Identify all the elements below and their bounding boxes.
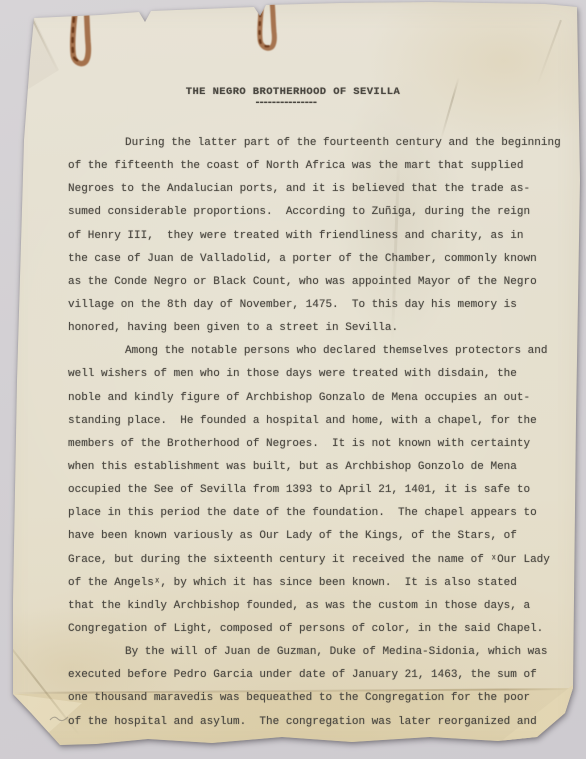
text-line: village on the 8th day of November, 1475… xyxy=(68,294,558,317)
text-line: as the Conde Negro or Black Count, who w… xyxy=(68,271,558,294)
title-underline: --------------- xyxy=(0,97,578,109)
text-line: place in this period the date of the fou… xyxy=(68,502,558,525)
text-line: when this establishment was built, but a… xyxy=(68,456,558,479)
text-line: Among the notable persons who declared t… xyxy=(68,340,558,363)
typewritten-page: THE NEGRO BROTHERHOOD OF SEVILLA -------… xyxy=(0,0,586,759)
text-line: of Henry III, they were treated with fri… xyxy=(68,225,558,248)
text-line: standing place. He founded a hospital an… xyxy=(68,410,558,433)
text-line: that the kindly Archbishop founded, as w… xyxy=(68,595,558,618)
text-line: sumed considerable proportions. Accordin… xyxy=(68,201,558,224)
text-line: of the hospital and asylum. The congrega… xyxy=(68,711,558,734)
text-line: Congregation of Light, composed of perso… xyxy=(68,618,558,641)
paperclip-rust-stain xyxy=(248,0,288,58)
document-body: During the latter part of the fourteenth… xyxy=(68,132,558,734)
paper-sheet: THE NEGRO BROTHERHOOD OF SEVILLA -------… xyxy=(0,0,586,759)
photo-background: THE NEGRO BROTHERHOOD OF SEVILLA -------… xyxy=(0,0,586,759)
text-line: Negroes to the Andalucian ports, and it … xyxy=(68,178,558,201)
text-line: of the Angelsˣ, by which it has since be… xyxy=(68,572,558,595)
text-line: members of the Brotherhood of Negroes. I… xyxy=(68,433,558,456)
text-line: noble and kindly figure of Archbishop Go… xyxy=(68,387,558,410)
text-line: During the latter part of the fourteenth… xyxy=(68,132,558,155)
crease-line xyxy=(536,20,562,86)
text-line: of the fifteenth the coast of North Afri… xyxy=(68,155,558,178)
text-line: the case of Juan de Valladolid, a porter… xyxy=(68,248,558,271)
text-line: well wishers of men who in those days we… xyxy=(68,363,558,386)
text-line: one thousand maravedis was bequeathed to… xyxy=(68,687,558,710)
text-line: have been known variously as Our Lady of… xyxy=(68,525,558,548)
text-line: occupied the See of Sevilla from 1393 to… xyxy=(68,479,558,502)
paperclip-rust-stain xyxy=(60,0,104,74)
text-line: executed before Pedro Garcia under date … xyxy=(68,664,558,687)
text-line: honored, having been given to a street i… xyxy=(68,317,558,340)
text-line: By the will of Juan de Guzman, Duke of M… xyxy=(68,641,558,664)
text-line: Grace, but during the sixteenth century … xyxy=(68,549,558,572)
